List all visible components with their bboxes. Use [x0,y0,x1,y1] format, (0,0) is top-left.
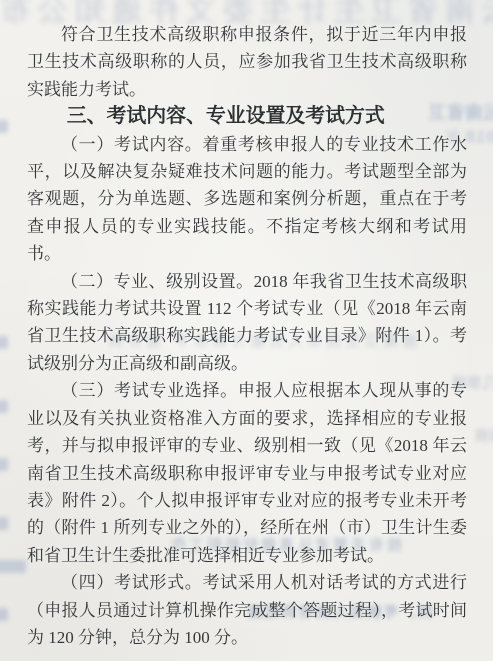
paragraph-specialty-setup: （二）专业、级别设置。2018 年我省卫生技术高级职称实践能力考试共设置 112… [27,268,467,378]
bleedthrough-ghost-text: 规模 [475,426,493,446]
paragraph-exam-content: （一）考试内容。着重考核申报人的专业技术工作水平，以及解决复杂疑难技术问题的能力… [27,131,467,268]
section-heading: 三、考试内容、专业设置及考试方式 [27,103,467,130]
bleedthrough-edge-mark [0,608,8,621]
bleedthrough-edge-mark [0,336,8,349]
document-body: 符合卫生技术高级职称申报条件，拟于近三年内申报卫生技术高级职称的人员，应参加我省… [27,21,467,651]
paragraph-intro: 符合卫生技术高级职称申报条件，拟于近三年内申报卫生技术高级职称的人员，应参加我省… [27,21,467,103]
bleedthrough-edge-mark [0,400,8,413]
bleedthrough-edge-mark [0,560,26,573]
bleedthrough-edge-mark [0,120,8,133]
scanned-document-page: 云南省卫生计生委文件通知公布名单 云南省卫 2018 年 提高卫生技术人员能力和… [0,0,493,661]
paragraph-exam-format: （四）考试形式。考试采用人机对话考试的方式进行（申报人员通过计算机操作完成整个答… [27,569,467,651]
paragraph-specialty-choice: （三）考试专业选择。申报人应根据本人现从事的专业以及有关执业资格准入方面的要求，… [27,377,467,569]
bleedthrough-edge-mark [0,517,8,530]
bleedthrough-edge-mark [0,458,8,471]
